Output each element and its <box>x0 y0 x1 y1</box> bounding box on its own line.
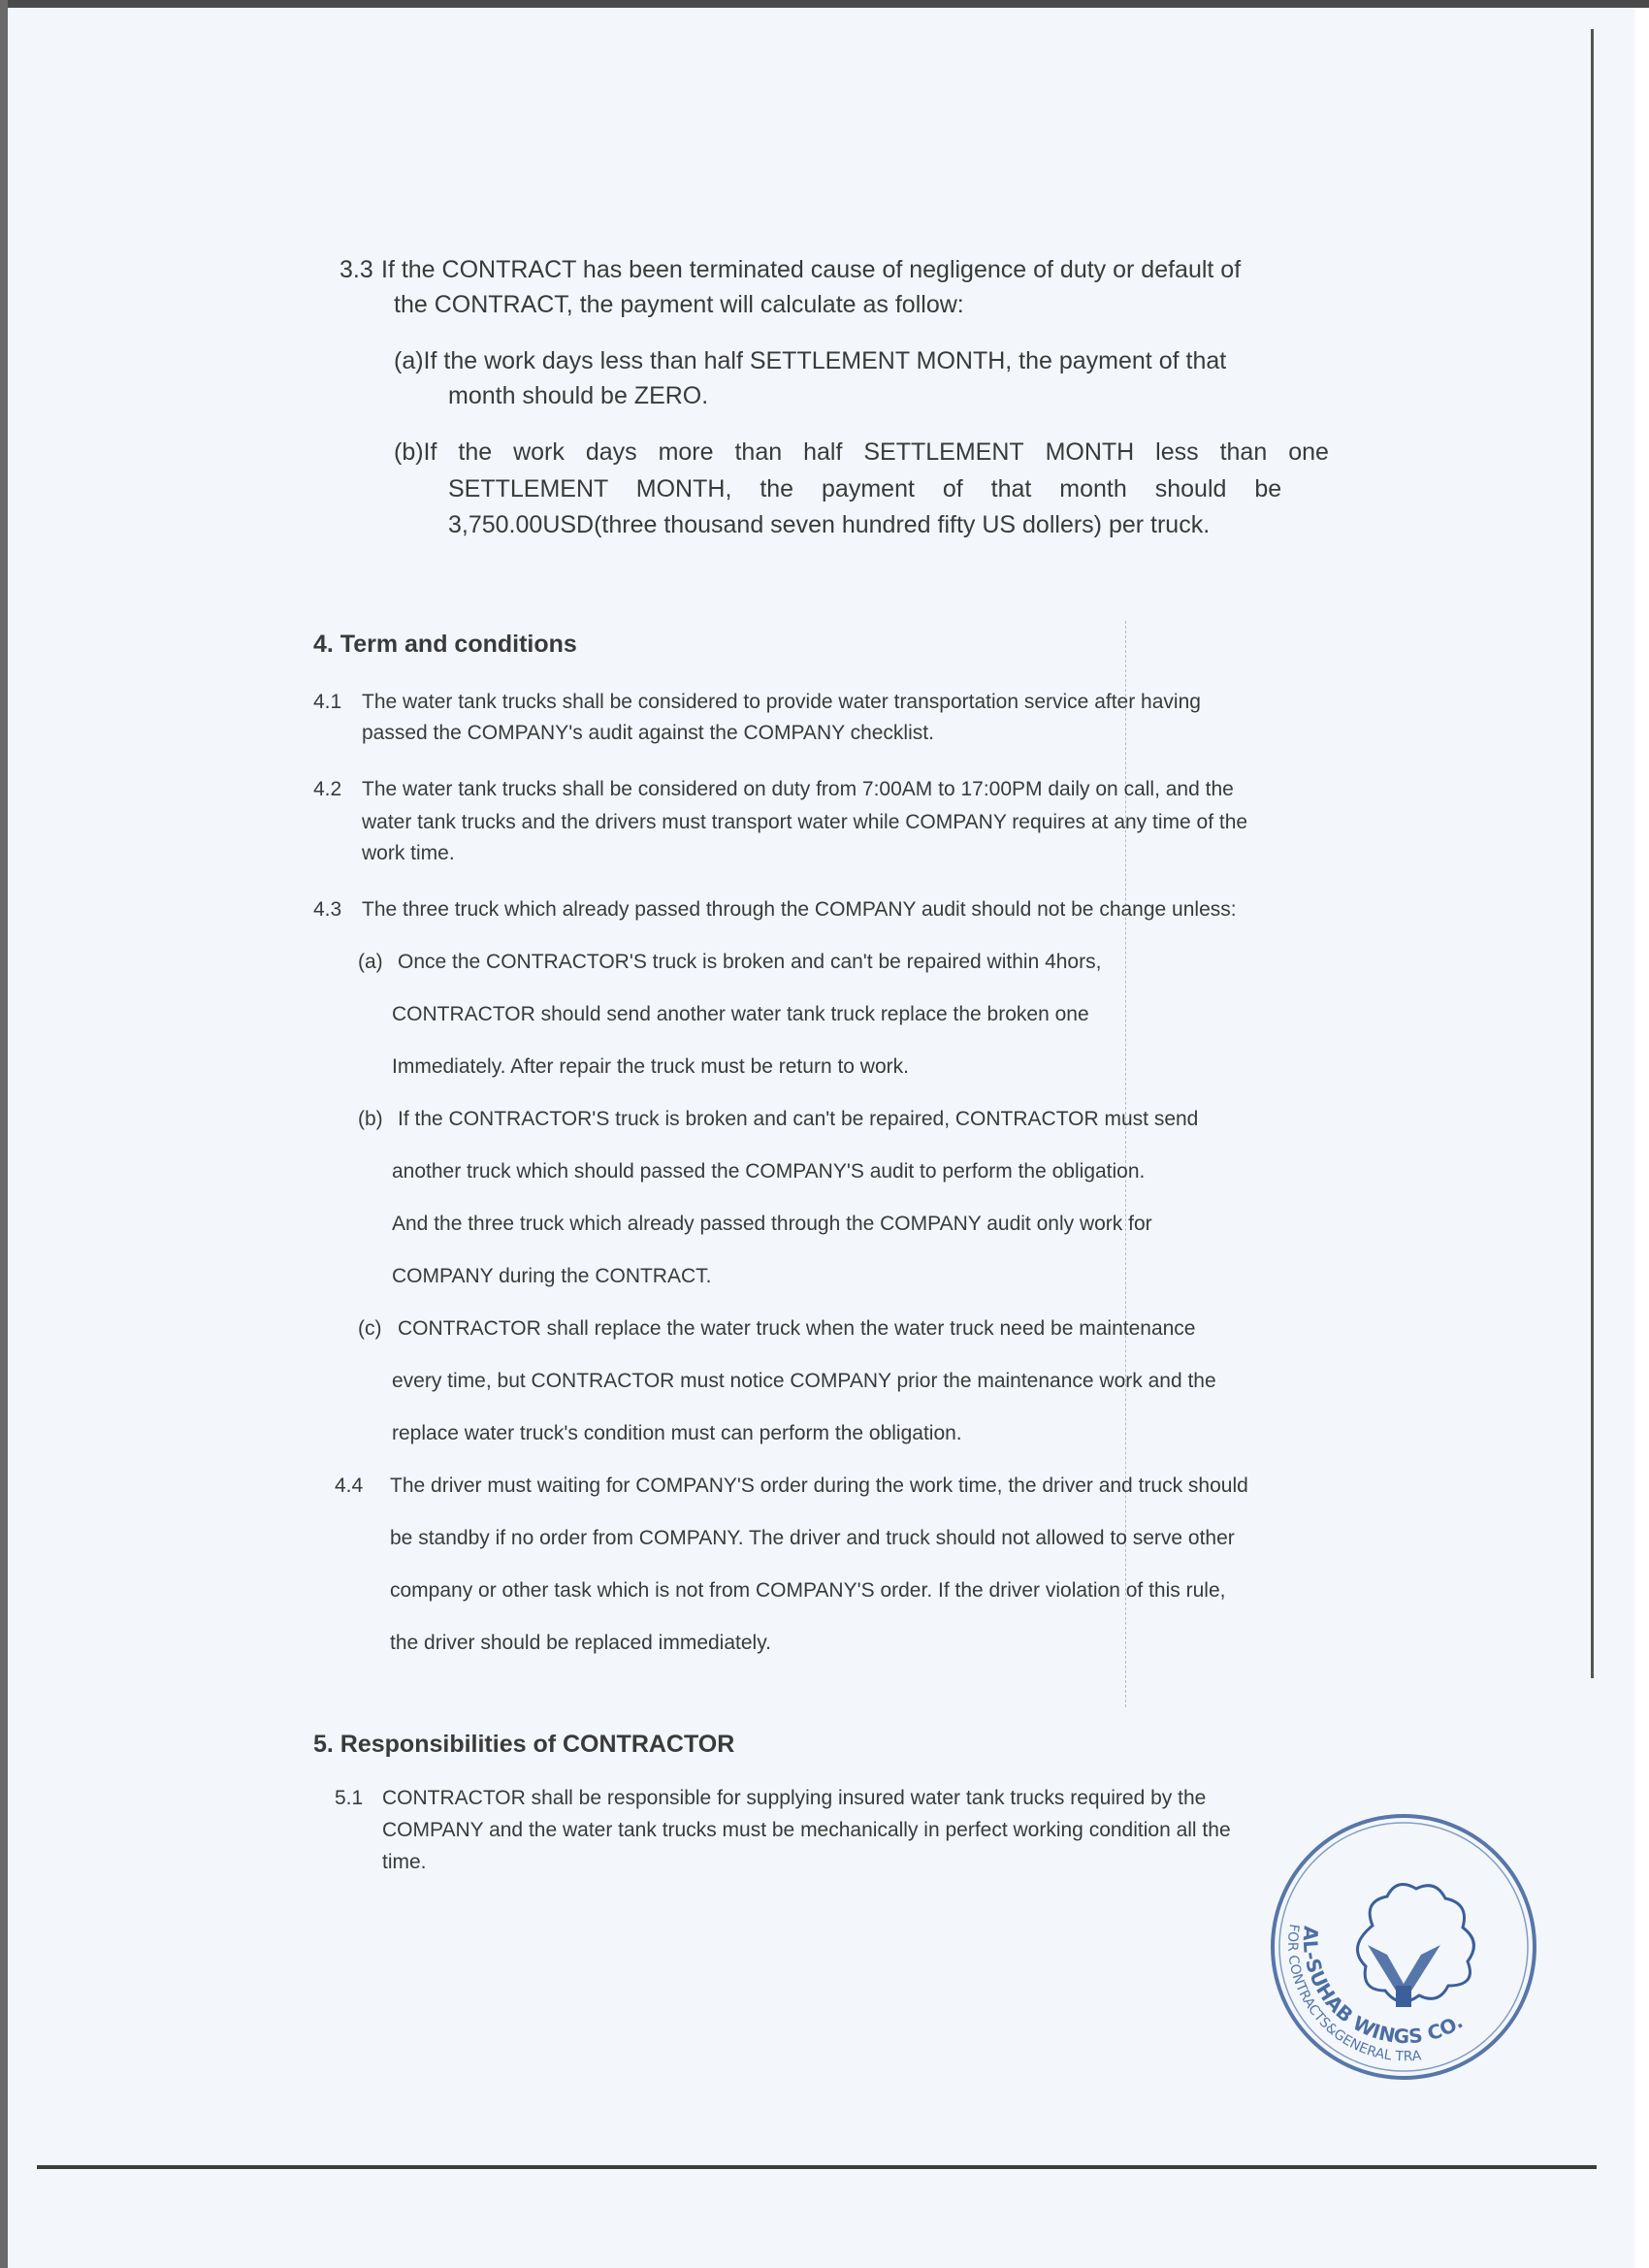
section-4-3-line1: The three truck which already passed thr… <box>362 898 1237 922</box>
section-4-heading: 4. Term and conditions <box>313 631 577 659</box>
section-4-3-a-line1: Once the CONTRACTOR'S truck is broken an… <box>398 951 1101 974</box>
section-4-3-c-line3: replace water truck's condition must can… <box>392 1422 962 1445</box>
company-stamp: AL-SUHAB WINGS CO. FOR CONTRACTS&GENERAL… <box>1266 1809 1542 2086</box>
scan-top-border <box>0 0 1649 8</box>
scan-right-strip <box>1634 8 1649 2268</box>
section-3-3-line1: If the CONTRACT has been terminated caus… <box>381 256 1241 284</box>
footer-rule <box>37 2165 1597 2169</box>
section-4-3-a-line3: Immediately. After repair the truck must… <box>392 1055 909 1079</box>
word: SETTLEMENT <box>863 438 1023 467</box>
section-5-1-number: 5.1 <box>335 1787 363 1810</box>
word: half <box>803 438 842 467</box>
word: less <box>1155 438 1198 467</box>
section-3-3-line2: the CONTRACT, the payment will calculate… <box>394 291 964 319</box>
section-3-3-a-line2: month should be ZERO. <box>448 382 708 410</box>
stamp-text-arabic: أجنحة السحاب للمقاولات والنقل العام <box>1266 1809 1275 1814</box>
section-4-3-b-line2: another truck which should passed the CO… <box>392 1160 1145 1183</box>
word: more <box>659 438 714 467</box>
section-4-3-a-label: (a) <box>358 951 383 974</box>
section-4-3-b-line4: COMPANY during the CONTRACT. <box>392 1265 711 1288</box>
section-4-1-line1: The water tank trucks shall be considere… <box>362 691 1201 714</box>
section-4-2-line1: The water tank trucks shall be considere… <box>362 778 1234 801</box>
section-5-1-line2: COMPANY and the water tank trucks must b… <box>382 1819 1231 1842</box>
stamp-seal-icon: AL-SUHAB WINGS CO. FOR CONTRACTS&GENERAL… <box>1266 1809 1542 2086</box>
word: MONTH <box>1046 438 1135 467</box>
section-4-3-b-label: (b) <box>358 1108 383 1131</box>
section-3-3-a-line1: (a)If the work days less than half SETTL… <box>394 347 1226 375</box>
section-4-4-line2: be standby if no order from COMPANY. The… <box>390 1527 1235 1550</box>
section-4-3-number: 4.3 <box>313 898 341 922</box>
section-4-3-a-line2: CONTRACTOR should send another water tan… <box>392 1003 1089 1026</box>
section-3-3-b-line3: 3,750.00USD(three thousand seven hundred… <box>448 511 1210 539</box>
word: than <box>734 438 782 467</box>
section-4-4-number: 4.4 <box>335 1474 363 1498</box>
word: (b)If <box>394 438 436 467</box>
section-4-3-c-label: (c) <box>358 1317 382 1341</box>
section-4-3-c-line2: every time, but CONTRACTOR must notice C… <box>392 1370 1216 1393</box>
word: the <box>458 438 492 467</box>
section-4-4-line1: The driver must waiting for COMPANY'S or… <box>390 1474 1248 1498</box>
section-3-3-b-line2: SETTLEMENT MONTH, the payment of that mo… <box>448 475 1281 503</box>
section-3-3-number: 3.3 <box>339 256 373 284</box>
right-margin-line <box>1591 29 1594 1678</box>
word: than <box>1220 438 1268 467</box>
section-4-3-c-line1: CONTRACTOR shall replace the water truck… <box>398 1317 1196 1341</box>
svg-text:أجنحة السحاب للمقاولات والنقل: أجنحة السحاب للمقاولات والنقل العام <box>1266 1809 1275 1814</box>
section-4-4-line4: the driver should be replaced immediatel… <box>390 1632 771 1655</box>
section-4-1-number: 4.1 <box>313 691 341 714</box>
section-4-1-line2: passed the COMPANY's audit against the C… <box>362 722 934 745</box>
section-5-1-line1: CONTRACTOR shall be responsible for supp… <box>382 1787 1206 1810</box>
section-3-3-b-line1: (b)IftheworkdaysmorethanhalfSETTLEMENTMO… <box>394 438 1329 467</box>
section-4-2-number: 4.2 <box>313 778 341 801</box>
scan-left-border <box>0 0 8 2268</box>
word: work <box>513 438 565 467</box>
section-5-1-line3: time. <box>382 1851 427 1874</box>
section-5-heading: 5. Responsibilities of CONTRACTOR <box>313 1731 734 1759</box>
word: one <box>1288 438 1329 467</box>
section-4-4-line3: company or other task which is not from … <box>390 1579 1225 1603</box>
word: days <box>586 438 637 467</box>
section-4-2-line2: water tank trucks and the drivers must t… <box>362 811 1247 834</box>
section-4-3-b-line3: And the three truck which already passed… <box>392 1213 1152 1236</box>
section-4-2-line3: work time. <box>362 842 455 865</box>
section-4-3-b-line1: If the CONTRACTOR'S truck is broken and … <box>398 1108 1198 1131</box>
